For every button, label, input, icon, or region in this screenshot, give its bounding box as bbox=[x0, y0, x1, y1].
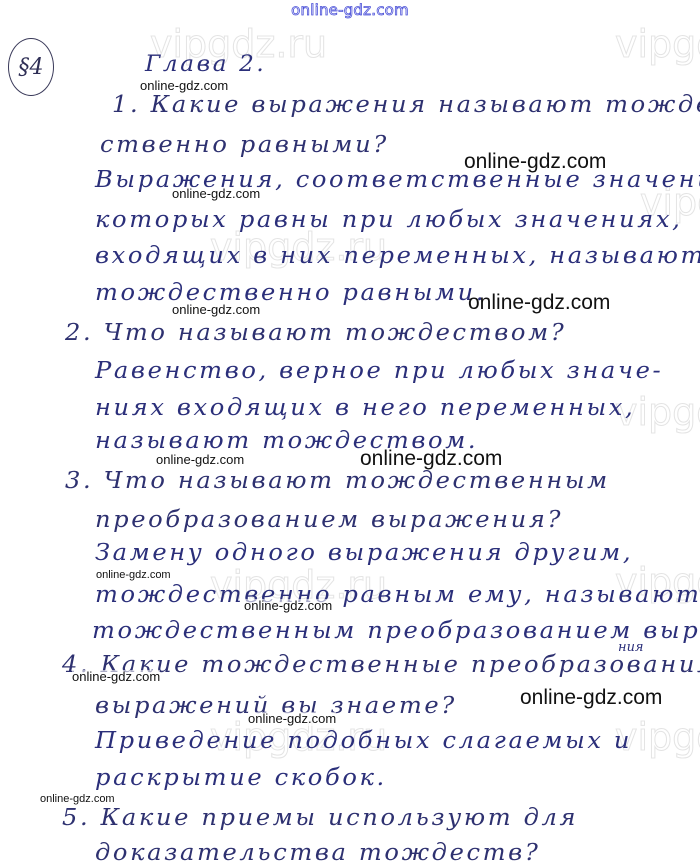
overlay-watermark: online-gdz.com bbox=[520, 687, 662, 709]
answer-3-line-3: тождественным преобразованием выраже- bbox=[92, 618, 700, 644]
chapter-title: Глава 2. bbox=[145, 52, 266, 77]
question-5-line-2: доказательства тождеств? bbox=[95, 840, 540, 866]
answer-2-line-1: Равенство, верное при любых значе- bbox=[95, 358, 663, 384]
question-5-line-1: 5. Какие приемы используют для bbox=[62, 805, 578, 831]
answer-1-line-4: тождественно равными. bbox=[95, 280, 486, 306]
question-1-line-1: 1. Какие выражения называют тожде- bbox=[112, 92, 700, 118]
answer-3-line-2: тождественно равным ему, называют bbox=[95, 582, 700, 608]
overlay-watermark: online-gdz.com bbox=[464, 151, 606, 173]
question-1-line-2: ственно равными? bbox=[100, 132, 389, 158]
answer-4-line-2: раскрытие скобок. bbox=[95, 765, 387, 791]
section-mark: §4 bbox=[8, 38, 54, 96]
overlay-watermark: online-gdz.com bbox=[140, 79, 228, 93]
header-watermark: online-gdz.com bbox=[0, 1, 700, 19]
answer-1-line-3: входящих в них переменных, называют bbox=[95, 243, 700, 269]
question-3-line-1: 3. Что называют тождественным bbox=[65, 468, 610, 494]
overlay-watermark: online-gdz.com bbox=[468, 292, 610, 314]
overlay-watermark: online-gdz.com bbox=[72, 670, 160, 684]
overlay-watermark: online-gdz.com bbox=[172, 303, 260, 317]
overlay-watermark: online-gdz.com bbox=[172, 187, 260, 201]
answer-1-line-2: которых равны при любых значениях, bbox=[95, 207, 682, 233]
overlay-watermark: online-gdz.com bbox=[156, 453, 244, 467]
question-3-line-2: преобразованием выражения? bbox=[95, 507, 563, 533]
background-watermark: vipgdz.ru bbox=[615, 22, 700, 66]
answer-4-line-1: Приведение подобных слагаемых и bbox=[95, 728, 632, 754]
overlay-watermark: online-gdz.com bbox=[96, 568, 171, 582]
overlay-watermark: online-gdz.com bbox=[244, 599, 332, 613]
overlay-watermark: online-gdz.com bbox=[248, 712, 336, 726]
overlay-watermark: online-gdz.com bbox=[40, 792, 115, 806]
overlay-watermark: online-gdz.com bbox=[360, 448, 502, 470]
answer-2-line-2: ниях входящих в него переменных, bbox=[95, 395, 635, 421]
answer-3-line-1: Замену одного выражения другим, bbox=[95, 540, 633, 566]
question-2: 2. Что называют тождеством? bbox=[65, 320, 566, 346]
